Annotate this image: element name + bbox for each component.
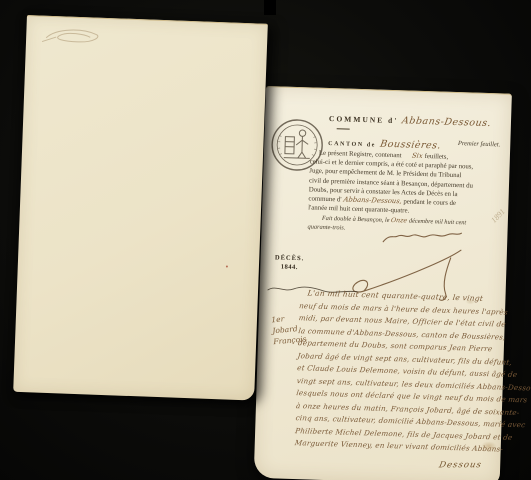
commune-line: COMMUNE d' Abbans-Dessous. bbox=[329, 108, 505, 132]
preamble-paragraph: Le présent Registre, contenant Six feuil… bbox=[308, 148, 508, 219]
page-header: COMMUNE d' Abbans-Dessous. CANTON de Bou… bbox=[328, 108, 505, 156]
feuillet-count-handwritten: Six bbox=[402, 151, 423, 161]
dateline-continued: quarante-trois. bbox=[307, 223, 345, 231]
preamble-text: feuillets, bbox=[425, 153, 449, 161]
folio-note: Premier feuillet. bbox=[458, 140, 501, 148]
dateline-end: décembre mil huit cent bbox=[409, 218, 466, 227]
deces-label: DÉCÈS. bbox=[272, 254, 306, 262]
commune-label: COMMUNE d' bbox=[329, 114, 399, 125]
preamble-text: pendant le cours de bbox=[403, 198, 456, 207]
register-left-page-blank bbox=[13, 15, 268, 401]
canton-label: CANTON de bbox=[328, 141, 376, 148]
commune-blank-handwritten: Abbans-Dessous, bbox=[342, 196, 402, 207]
canton-value-handwritten: Boussières. bbox=[379, 139, 442, 152]
pencil-scribble bbox=[40, 24, 105, 50]
paper-stain bbox=[465, 298, 475, 304]
dateline-start: Fait double à Besançon, le bbox=[322, 215, 390, 224]
dateline-day-handwritten: Onze bbox=[391, 217, 408, 224]
red-speck bbox=[226, 265, 228, 267]
deces-margin-stamp: DÉCÈS. 1844. bbox=[272, 254, 306, 271]
header-rule bbox=[337, 128, 350, 129]
register-right-page: COMMUNE d' Abbans-Dessous. CANTON de Bou… bbox=[254, 86, 512, 480]
act-lines: L'an mil huit cent quarante-quatre, le v… bbox=[295, 287, 502, 456]
scanned-register-page: COMMUNE d' Abbans-Dessous. CANTON de Bou… bbox=[0, 0, 531, 480]
binding-notch bbox=[264, 0, 276, 15]
deces-year: 1844. bbox=[272, 263, 306, 271]
act-last-word: Dessous bbox=[438, 460, 483, 470]
preamble-text: commune d' bbox=[308, 195, 341, 203]
commune-value-handwritten: Abbans-Dessous. bbox=[401, 115, 492, 129]
